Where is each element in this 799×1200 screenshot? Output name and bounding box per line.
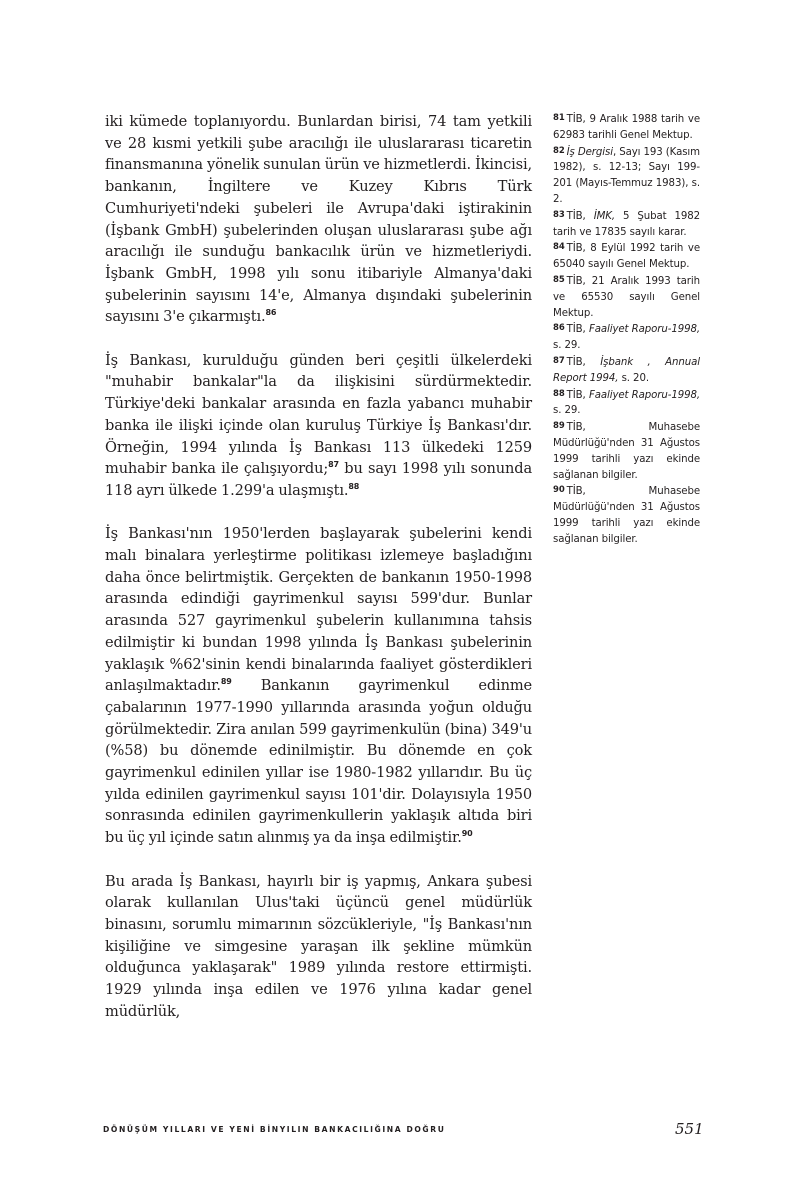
footnote-italic: İş Dergisi [567,147,613,158]
footnote-text: TİB, 8 Eylül 1992 tarih ve 65040 sayılı … [553,243,700,270]
footnote-82: 82İş Dergisi, Sayı 193 (Kasım 1982), s. … [553,144,700,208]
footnote-text: TİB, [567,211,594,222]
footnote-number: 89 [553,421,565,431]
footnote-text: TİB, [567,357,601,368]
footnote-reference[interactable]: 89 [221,677,232,686]
footnote-italic: İMK, [594,211,615,222]
footnote-text: s. 20. [618,373,649,384]
footnote-reference[interactable]: 90 [462,829,473,838]
footnote-number: 88 [553,389,565,399]
footnote-text: TİB, Muhasebe Müdürlüğü'nden 31 Ağustos … [553,422,700,480]
footnote-86: 86TİB, Faaliyet Raporu-1998, s. 29. [553,321,700,354]
footnote-number: 86 [553,323,565,333]
running-footer-title: DÖNÜŞÜM YILLARI VE YENİ BİNYILIN BANKACI… [103,1125,445,1134]
footnote-text: TİB, 21 Aralık 1993 tarih ve 65530 sayıl… [553,276,700,319]
footnote-88: 88TİB, Faaliyet Raporu-1998, s. 29. [553,387,700,420]
footnote-text: TİB, Muhasebe Müdürlüğü'nden 31 Ağustos … [553,486,700,544]
footnote-number: 82 [553,146,565,156]
footnote-number: 90 [553,485,565,495]
paragraph-text: İş Bankası'nın 1950'lerden başlayarak şu… [105,525,532,694]
footnote-83: 83TİB, İMK, 5 Şubat 1982 tarih ve 17835 … [553,208,700,241]
footnote-number: 87 [553,356,565,366]
footnotes-column: 81TİB, 9 Aralık 1988 tarih ve 62983 tari… [553,111,700,548]
paragraph-text: İş Bankası, kurulduğu günden beri çeşitl… [105,352,532,478]
body-paragraph: İş Bankası, kurulduğu günden beri çeşitl… [105,350,532,502]
body-paragraph: iki kümede toplanıyordu. Bunlardan biris… [105,111,532,328]
main-text-column: iki kümede toplanıyordu. Bunlardan biris… [105,111,532,1022]
footnote-85: 85TİB, 21 Aralık 1993 tarih ve 65530 say… [553,273,700,321]
paragraph-text: Bankanın gayrimenkul edinme çabalarının … [105,677,532,846]
page-number: 551 [675,1120,704,1138]
footnote-text: TİB, [567,390,589,401]
footnote-text: TİB, 9 Aralık 1988 tarih ve 62983 tarihl… [553,114,700,141]
footnote-87: 87TİB, İşbank , Annual Report 1994, s. 2… [553,354,700,387]
footnote-81: 81TİB, 9 Aralık 1988 tarih ve 62983 tari… [553,111,700,144]
footnote-number: 85 [553,275,565,285]
body-paragraph: Bu arada İş Bankası, hayırlı bir iş yapm… [105,871,532,1023]
body-paragraph: İş Bankası'nın 1950'lerden başlayarak şu… [105,523,532,849]
paragraph-text: Bu arada İş Bankası, hayırlı bir iş yapm… [105,873,532,1020]
footnote-89: 89TİB, Muhasebe Müdürlüğü'nden 31 Ağusto… [553,419,700,483]
footnote-reference[interactable]: 86 [265,308,276,317]
footnote-number: 83 [553,210,565,220]
footnote-text: TİB, [567,324,589,335]
footnote-text: s. 29. [553,405,580,416]
footnote-italic: Faaliyet Raporu-1998, [589,324,700,335]
paragraph-text: iki kümede toplanıyordu. Bunlardan biris… [105,113,532,325]
footnote-90: 90TİB, Muhasebe Müdürlüğü'nden 31 Ağusto… [553,483,700,547]
footnote-number: 81 [553,113,565,123]
footnote-number: 84 [553,242,565,252]
footnote-84: 84TİB, 8 Eylül 1992 tarih ve 65040 sayıl… [553,240,700,273]
footnote-text: s. 29. [553,340,580,351]
footnote-italic: Faaliyet Raporu-1998, [589,390,700,401]
footnote-reference[interactable]: 88 [348,482,359,491]
footnote-reference[interactable]: 87 [328,460,339,469]
